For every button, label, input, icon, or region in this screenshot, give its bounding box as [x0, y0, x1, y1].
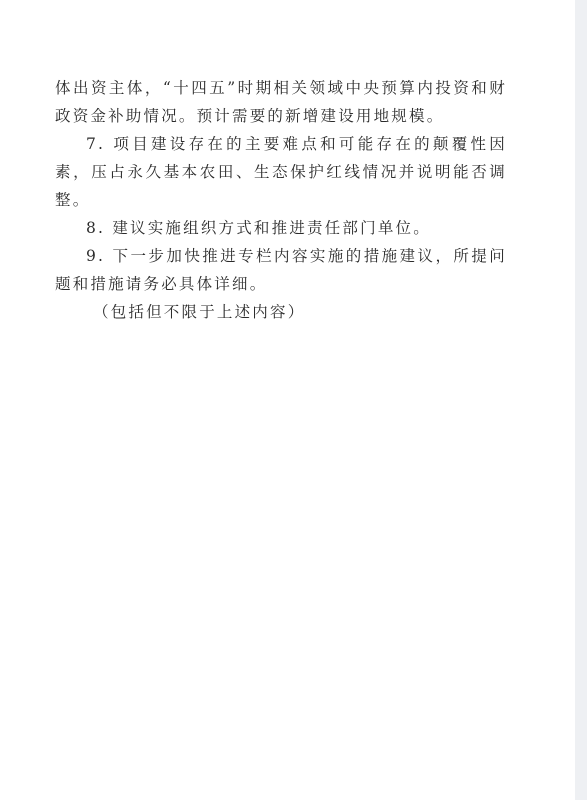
paragraph-item-9: 9. 下一步加快推进专栏内容实施的措施建议，所提问题和措施请务必具体详细。	[55, 242, 507, 298]
paragraph-continuation: 体出资主体，“十四五”时期相关领域中央预算内投资和财政资金补助情况。预计需要的新…	[55, 74, 507, 130]
scrollbar-track[interactable]	[575, 0, 587, 800]
document-page: 体出资主体，“十四五”时期相关领域中央预算内投资和财政资金补助情况。预计需要的新…	[0, 0, 575, 800]
paragraph-item-8: 8. 建议实施组织方式和推进责任部门单位。	[55, 214, 507, 242]
document-body: 体出资主体，“十四五”时期相关领域中央预算内投资和财政资金补助情况。预计需要的新…	[55, 74, 507, 326]
note-text: （包括但不限于上述内容）	[55, 298, 507, 326]
paragraph-item-7: 7. 项目建设存在的主要难点和可能存在的颠覆性因素，压占永久基本农田、生态保护红…	[55, 130, 507, 214]
